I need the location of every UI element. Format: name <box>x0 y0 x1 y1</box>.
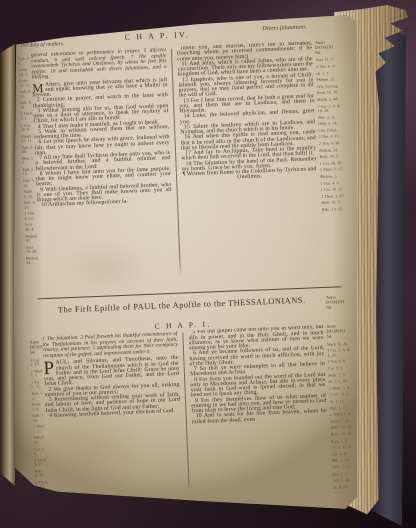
colossians-section: Eph. 6. 9.Luke 18. 1.Rom. 12. 12.Eph. 6.… <box>18 40 351 290</box>
margin-note: Philem. 23. <box>316 77 343 83</box>
margin-note: Rom. 15. 30. <box>317 90 344 96</box>
margin-note: Eph. 1. 2. <box>32 391 45 401</box>
margin-note: Phil. 3. 20. <box>332 458 359 464</box>
verse-list: luteth you, and Marcus, ſiſter's ſon to … <box>177 41 317 183</box>
margin-note: Col. 2. 2. <box>328 366 355 372</box>
margin-note: 1 Cor. 12. 2. <box>331 445 358 451</box>
margin-note: Acts 20. 4. <box>25 223 38 233</box>
margin-note: Hebr. 5. 14. <box>318 121 345 127</box>
margin-note: 2 Theſſ. 1. 4. <box>330 412 357 418</box>
margin-note: Acts 2. 24. <box>332 478 359 484</box>
margin-note: 1 Pet. 5. 12. <box>31 380 44 390</box>
margin-note: 2 Cor. 6. 6. <box>328 359 355 365</box>
margin-note: Gal. 5. 6. <box>34 447 47 457</box>
right-column: luteth you, and Marcus, ſiſter's ſon to … <box>177 41 317 183</box>
margin-note: 1 Cor. 2. 6. & 14. 20. <box>317 103 344 113</box>
margin-note: Rev. 1. 7. <box>332 471 359 477</box>
anno-domini: Anno DOMINI 64. <box>315 40 342 55</box>
margin-note: Matth. 13. 11. <box>21 134 34 144</box>
margin-note: 2 Theſſ. 1. 1. <box>31 369 44 379</box>
photo-scene: The duty of maſters. C H A P. IV. Divers… <box>0 0 416 528</box>
facing-page-edge <box>0 44 15 486</box>
margin-note: Phil. 3. 15. <box>318 115 345 121</box>
epistle-title: The Firſt Epiſtle of PAUL the Apoſtle to… <box>28 295 323 316</box>
margin-note: Hebr. 2. 3. <box>328 372 355 378</box>
margin-note: Mark 16. 20. <box>327 342 354 348</box>
drop-cap: P <box>43 361 56 376</box>
left-column: 1 The ſalutation. 2 Paul ſheweth his tha… <box>42 331 180 419</box>
margin-note: Matth. 5. 48. <box>317 97 344 103</box>
verse-list: PAUL, and Silvanus, and Timotheus, unto … <box>43 356 180 419</box>
margin-note: Philem. 24. <box>319 148 346 154</box>
anno-domini: Anno DOMINI 54. <box>323 295 353 311</box>
margin-note: Hebr. 13. 25. <box>322 207 349 213</box>
margin-note: Philem. 24. <box>26 256 39 266</box>
margin-note: Rom. 10. 18. <box>331 432 358 438</box>
margin-note: Hebr. 10. 34. <box>330 425 357 431</box>
margin-note: 2 Theſſ. 3. 17. <box>321 194 348 200</box>
anno-domini: Anno DOMINI 54. <box>326 324 353 339</box>
margin-note: Eph. 6. 21. <box>24 201 37 211</box>
margin-note: 2 Theſſ. 1. 11. <box>34 458 47 468</box>
margin-note: 2 Theſſ. 3. 1. <box>20 112 33 122</box>
margin-note: Philem. 2. <box>320 174 347 180</box>
bible-page: The duty of maſters. C H A P. IV. Divers… <box>0 8 358 516</box>
margin-note: Hebr. 13. 3. <box>321 200 348 206</box>
margin-note: ch. 4. 16. <box>333 484 360 490</box>
page-content: The duty of maſters. C H A P. IV. Divers… <box>17 23 360 522</box>
margin-note: 1 Cor. 2. 4. & 4. 20. <box>327 348 354 358</box>
running-head: Divers ſalutations. <box>262 24 307 32</box>
margin-note: 2 Theſſ. 1. 10. <box>333 491 360 497</box>
margin-note: Eph. 6. 18. <box>19 90 32 100</box>
margin-note: ch. 2. 1, &c. <box>328 379 355 385</box>
margin-note: 2 Tim. 4. 12. <box>24 212 37 222</box>
margin-note: Rom. 1. 8. <box>331 438 358 444</box>
margin-note: 2 Cor. 1. 19. <box>30 358 43 368</box>
margin-note: Eph. 1. 16. <box>32 413 45 423</box>
margin-note: Rom. 12. 12. <box>19 79 32 89</box>
margin-note: ‖ Or, ſtriving. <box>317 84 344 90</box>
margin-note: Rom. 1. 8. <box>32 402 45 412</box>
margin-note: 2 Tim. 4. 10. <box>319 141 346 147</box>
margin-note: 2 Theſſ. 3. 9. <box>329 386 356 392</box>
chapter-summary: general exhortation to performance in pr… <box>31 48 167 81</box>
margin-note: 1 Cor. 16. 21. <box>321 187 348 193</box>
margin-note: John 6. 29. <box>33 436 46 446</box>
verse-list: MAſters, give unto your ſervants that wh… <box>32 78 172 209</box>
margin-note: 1 Theſſ. 5. 27. <box>320 167 347 173</box>
margin-note: Eph. 5. 15. <box>23 167 36 177</box>
verse-list: 5 For our goſpel came not unto you in wo… <box>188 325 327 425</box>
verse-paragraph: 10 And to wait for his Son from heaven, … <box>192 409 327 425</box>
margin-note: 2 Tim. 4. 11. <box>316 64 343 70</box>
left-column: general exhortation to performance in pr… <box>31 47 172 209</box>
margin-note: Eph. 5. 16. <box>23 178 36 188</box>
margin-note: Luke 18. 1. <box>19 68 32 78</box>
margin-note: 1 Tim. 4. 6. <box>321 180 348 186</box>
margin-note: ch. 1. 7. <box>316 71 343 77</box>
margin-note: Rom. 16. 5. <box>319 154 346 160</box>
margin-note: Gal. 4. 8. <box>331 451 358 457</box>
right-column: 5 For our goſpel came not unto you in wo… <box>188 325 327 425</box>
margin-note: Eph. 6. 19. <box>20 101 33 111</box>
margin-note: Eph. 6. 20. <box>22 145 35 155</box>
margin-note: Hebr. 6. 10. <box>35 469 48 479</box>
margin-note: Phil. 1. 7. <box>22 156 35 166</box>
thessalonians-section: Anno DOMINI 54. 2 Cor. 1. 19.2 Theſſ. 1.… <box>29 324 359 505</box>
margin-note: Acts 19. 29. <box>26 245 39 255</box>
anno-domini: Anno DOMINI 54. <box>30 341 43 356</box>
margin-note: Phil. 3. 17. <box>330 405 357 411</box>
margin-note: Eph. 6. 9. <box>18 56 31 66</box>
margin-note: Philem. 10. <box>25 234 38 244</box>
margin-note: Mark 9. 50. <box>23 189 36 199</box>
margin-note: ch. 2. 14. <box>329 399 356 405</box>
margin-note: Acts 15. 37. <box>316 57 343 63</box>
margin-note: 1 Cor. 16. 9. <box>21 123 34 133</box>
margin-note: ‖ Or, filled. <box>318 128 345 134</box>
margin-note: 2 Theſſ. 1. 3. <box>33 425 46 435</box>
margin-note: 1 Cor. 16. 19. <box>320 161 347 167</box>
margin-note: 1 Cor. 11. 1. <box>329 392 356 398</box>
margin-note: 2 Tim. 4. 11. <box>319 134 346 140</box>
margin-note: Acts 17. 11. <box>330 418 357 424</box>
margin-note: 2 Pet. 3. 12. <box>332 465 359 471</box>
